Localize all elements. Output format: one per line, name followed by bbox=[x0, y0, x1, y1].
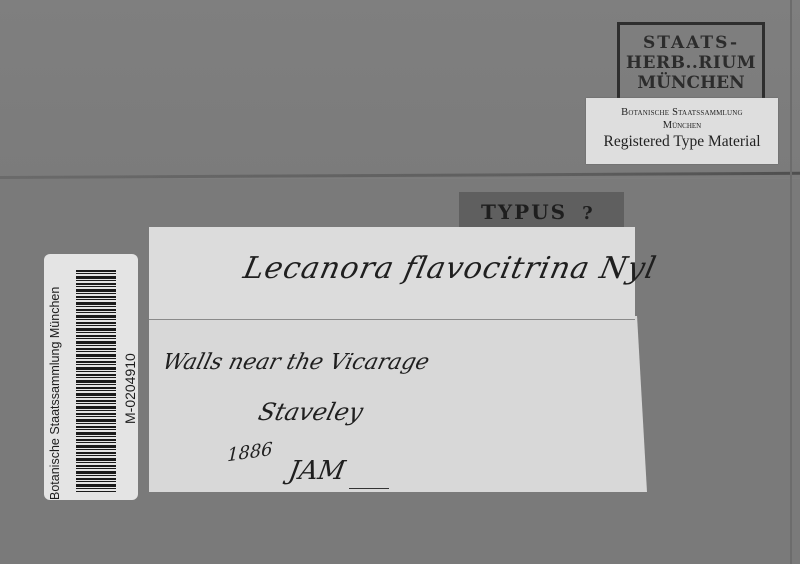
registered-label-city: München bbox=[586, 120, 778, 131]
sheet-right-edge bbox=[790, 0, 792, 564]
barcode-icon bbox=[76, 270, 116, 492]
stamp-line-3: MÜNCHEN bbox=[620, 73, 762, 93]
typus-text: TYPUS bbox=[481, 200, 567, 224]
collection-locality: Walls near the Vicarage bbox=[160, 350, 432, 375]
stamp-line-2: HERB..RIUM bbox=[620, 53, 762, 73]
herbarium-stamp: STAATS- HERB..RIUM MÜNCHEN bbox=[617, 22, 765, 100]
taxon-name: Lecanora flavocitrina Nyl bbox=[240, 251, 659, 286]
typus-label: TYPUS ? bbox=[459, 192, 624, 228]
barcode-label: Botanische Staatssammlung München M-0204… bbox=[44, 254, 138, 500]
collector-underline bbox=[349, 488, 389, 489]
collection-year: 1886 bbox=[227, 439, 273, 467]
determination-label: Lecanora flavocitrina Nyl bbox=[149, 227, 635, 320]
barcode-specimen-id: M-0204910 bbox=[122, 353, 138, 424]
barcode-institution: Botanische Staatssammlung München bbox=[48, 264, 62, 500]
collection-place: Staveley bbox=[256, 398, 367, 426]
stamp-line-1: STAATS- bbox=[620, 33, 762, 53]
collection-label: Walls near the Vicarage Staveley 1886 JA… bbox=[149, 316, 647, 492]
registered-label-institution: Botanische Staatssammlung bbox=[586, 107, 778, 118]
registered-type-label: Botanische Staatssammlung München Regist… bbox=[586, 98, 778, 164]
collection-collector: JAM bbox=[286, 456, 347, 486]
registered-label-status: Registered Type Material bbox=[586, 133, 778, 151]
typus-question-mark: ? bbox=[582, 203, 595, 224]
